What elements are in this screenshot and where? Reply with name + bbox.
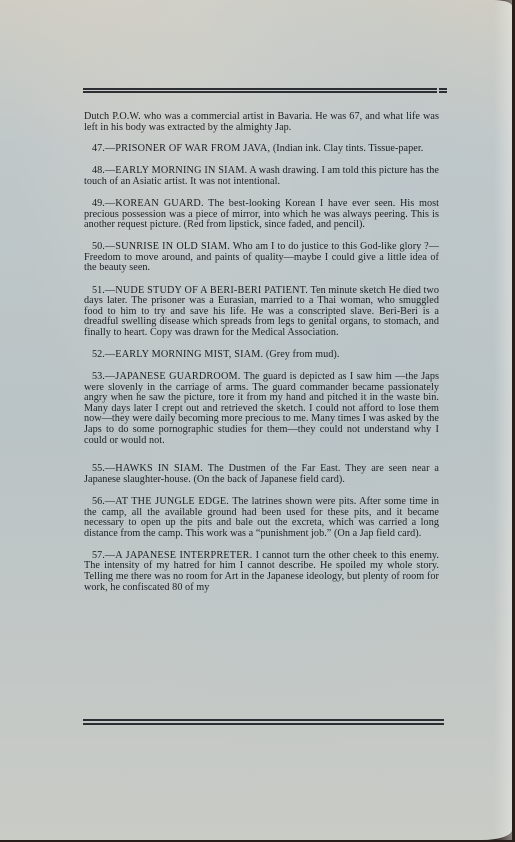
entry-number: 48. xyxy=(92,165,105,176)
rule-line xyxy=(83,719,444,721)
entry-number: 47. xyxy=(92,143,105,154)
entry-number: 56. xyxy=(92,496,105,507)
catalogue-entry-55: 55.—HAWKS IN SIAM. The Dustmen of the Fa… xyxy=(84,464,439,485)
opening-paragraph: Dutch P.O.W. who was a commercial artist… xyxy=(84,112,439,133)
document-page: Dutch P.O.W. who was a commercial artist… xyxy=(0,0,512,840)
entry-number: 49. xyxy=(92,198,105,209)
entry-heading: —JAPANESE GUARDROOM. xyxy=(105,371,241,382)
rule-line xyxy=(83,91,437,93)
catalogue-entry-50: 50.—SUNRISE IN OLD SIAM. Who am I to do … xyxy=(84,242,439,274)
catalogue-entry-47: 47.—PRISONER OF WAR FROM JAVA, (Indian i… xyxy=(84,144,439,155)
entry-heading: —NUDE STUDY OF A BERI-BERI PATIENT. xyxy=(105,285,308,296)
catalogue-entry-56: 56.—AT THE JUNGLE EDGE. The latrines sho… xyxy=(84,497,439,539)
rule-line xyxy=(83,723,444,725)
bottom-double-rule xyxy=(83,719,444,724)
catalogue-entry-52: 52.—EARLY MORNING MIST, SIAM. (Grey from… xyxy=(84,350,439,361)
entry-body: The guard is depicted as I saw him —the … xyxy=(84,371,439,446)
entry-body: (Grey from mud). xyxy=(263,349,339,360)
catalogue-entry-48: 48.—EARLY MORNING IN SIAM. A wash drawin… xyxy=(84,166,439,187)
entry-heading: —PRISONER OF WAR FROM JAVA, xyxy=(105,143,270,154)
text-column: Dutch P.O.W. who was a commercial artist… xyxy=(84,112,439,605)
top-double-rule xyxy=(83,88,437,93)
entry-heading: —AT THE JUNGLE EDGE. xyxy=(105,496,229,507)
rule-line xyxy=(83,88,437,90)
rule-end-mark xyxy=(439,88,447,93)
catalogue-entry-51: 51.—NUDE STUDY OF A BERI-BERI PATIENT. T… xyxy=(84,286,439,339)
entry-number: 55. xyxy=(92,463,105,474)
entry-heading: —SUNRISE IN OLD SIAM. xyxy=(105,241,230,252)
entry-number: 53. xyxy=(92,371,105,382)
entry-number: 51. xyxy=(92,285,105,296)
entry-number: 52. xyxy=(92,349,105,360)
catalogue-entry-53: 53.—JAPANESE GUARDROOM. The guard is dep… xyxy=(84,372,439,446)
entry-heading: —EARLY MORNING IN SIAM. xyxy=(105,165,247,176)
entry-number: 50. xyxy=(92,241,105,252)
entry-body: (Indian ink. Clay tints. Tissue-paper. xyxy=(270,143,423,154)
entry-heading: —A JAPANESE INTERPRETER. xyxy=(105,550,252,561)
entry-number: 57. xyxy=(92,550,105,561)
catalogue-entry-57: 57.—A JAPANESE INTERPRETER. I cannot tur… xyxy=(84,551,439,593)
entry-heading: —KOREAN GUARD. xyxy=(105,198,204,209)
catalogue-entry-49: 49.—KOREAN GUARD. The best-looking Korea… xyxy=(84,199,439,231)
entry-heading: —EARLY MORNING MIST, SIAM. xyxy=(105,349,263,360)
entry-heading: —HAWKS IN SIAM. xyxy=(105,463,203,474)
